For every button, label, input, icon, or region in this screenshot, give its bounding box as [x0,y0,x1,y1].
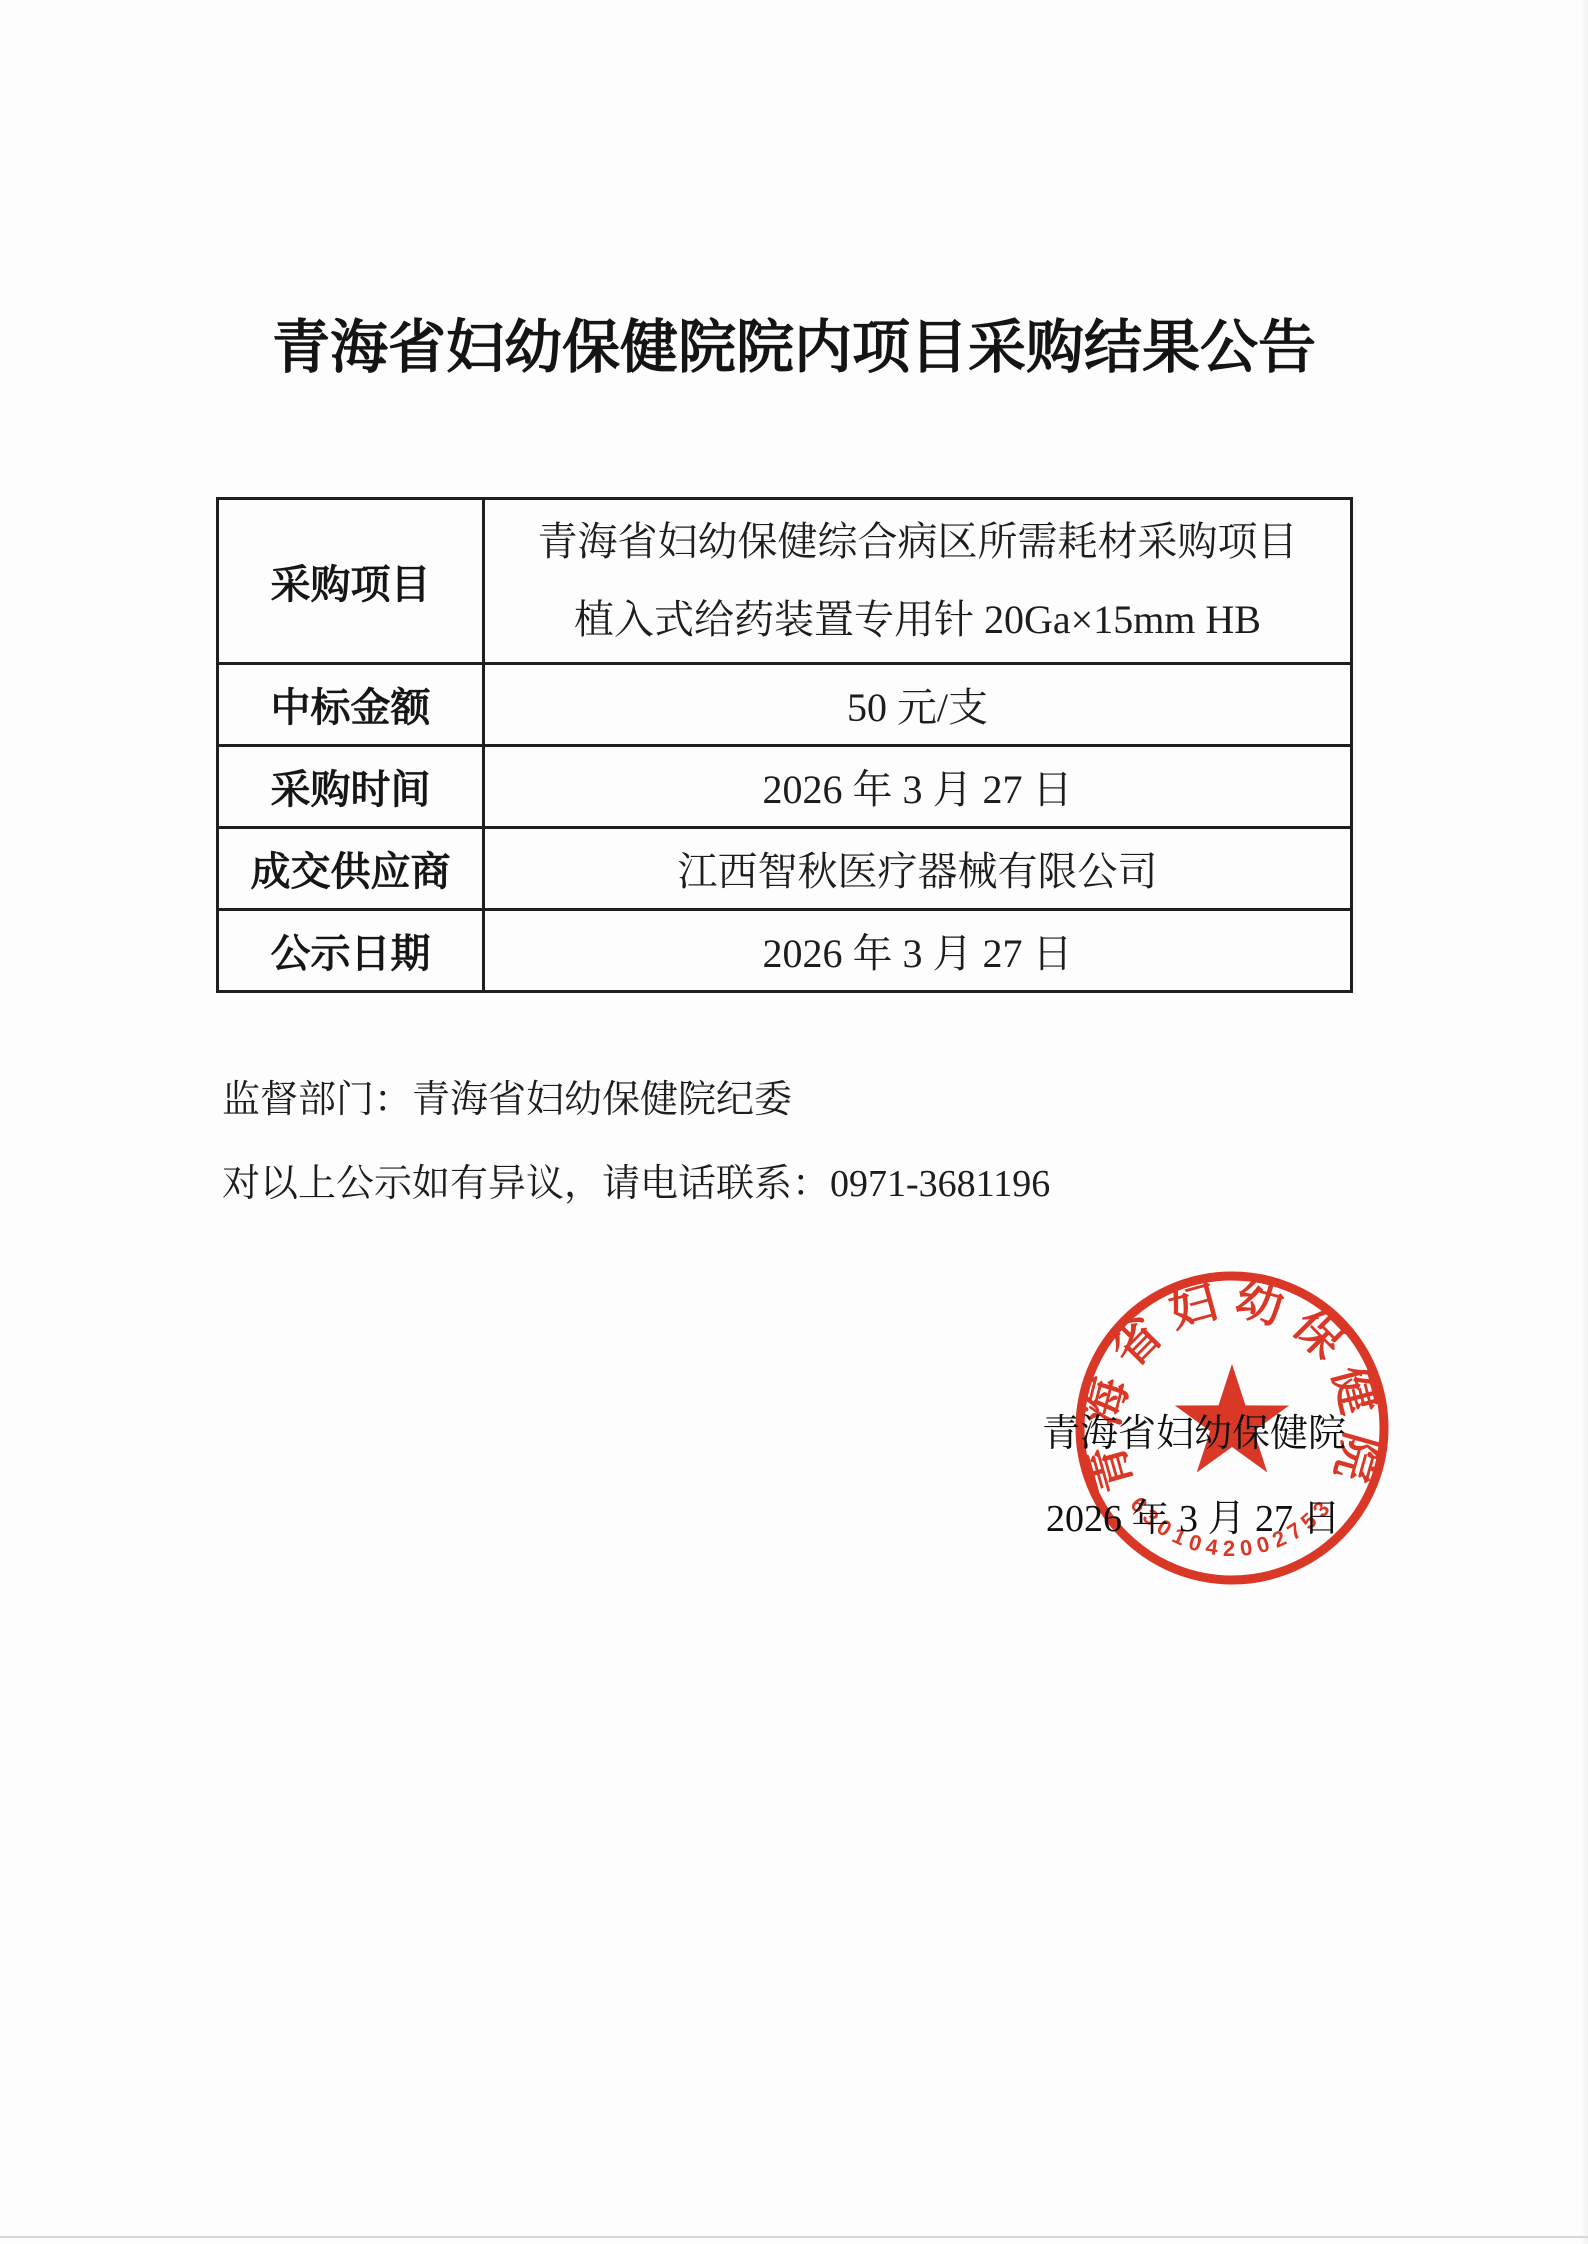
row-label-award-amount: 中标金额 [219,665,485,744]
row-value-awarded-supplier: 江西智秋医疗器械有限公司 [485,829,1350,908]
page-title: 青海省妇幼保健院院内项目采购结果公告 [0,300,1588,384]
procurement-result-table: 采购项目 青海省妇幼保健综合病区所需耗材采购项目 植入式给药装置专用针 20Ga… [216,497,1353,993]
table-row: 公示日期 2026 年 3 月 27 日 [219,908,1350,990]
project-name-line: 青海省妇幼保健综合病区所需耗材采购项目 [538,503,1298,581]
signature-organization: 青海省妇幼保健院 [1042,1402,1346,1457]
table-row: 成交供应商 江西智秋医疗器械有限公司 [219,826,1350,908]
row-label-awarded-supplier: 成交供应商 [219,829,485,908]
row-label-publicity-date: 公示日期 [219,911,485,990]
row-value-procurement-date: 2026 年 3 月 27 日 [485,747,1350,826]
table-row: 中标金额 50 元/支 [219,662,1350,744]
supervisor-note: 监督部门：青海省妇幼保健院纪委 [222,1068,792,1123]
row-label-procurement-project: 采购项目 [219,500,485,662]
scanned-document-page: 青海省妇幼保健院院内项目采购结果公告 采购项目 青海省妇幼保健综合病区所需耗材采… [0,0,1588,2244]
row-value-procurement-project: 青海省妇幼保健综合病区所需耗材采购项目 植入式给药装置专用针 20Ga×15mm… [485,500,1350,662]
table-row: 采购时间 2026 年 3 月 27 日 [219,744,1350,826]
row-value-publicity-date: 2026 年 3 月 27 日 [485,911,1350,990]
row-label-procurement-date: 采购时间 [219,747,485,826]
objection-contact-note: 对以上公示如有异议，请电话联系：0971-3681196 [222,1152,1050,1207]
row-value-award-amount: 50 元/支 [485,665,1350,744]
signature-date: 2026 年 3 月 27 日 [1046,1487,1341,1542]
project-spec-line: 植入式给药装置专用针 20Ga×15mm HB [574,581,1261,659]
table-row: 采购项目 青海省妇幼保健综合病区所需耗材采购项目 植入式给药装置专用针 20Ga… [219,500,1350,662]
